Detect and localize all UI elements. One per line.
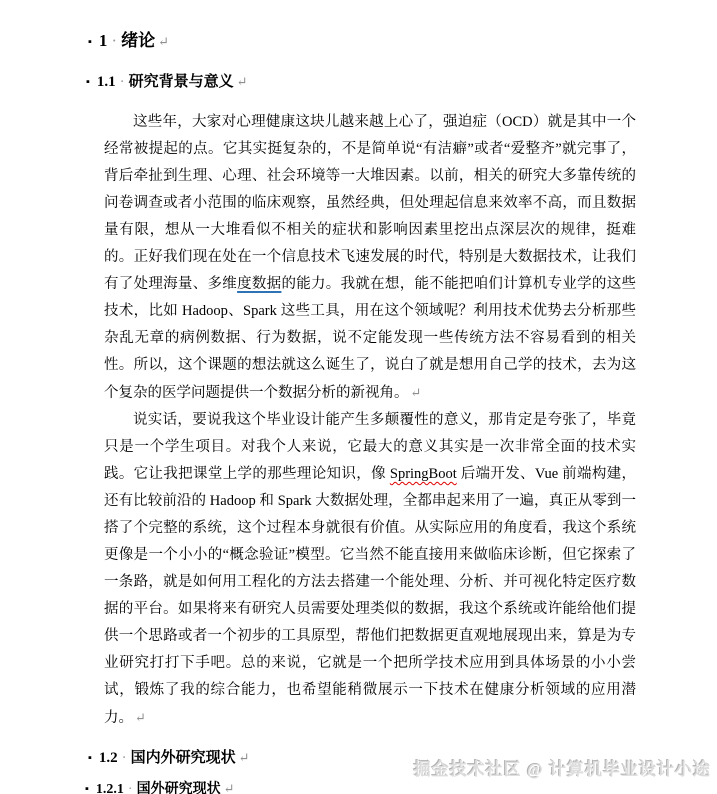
body-paragraphs: 这些年，大家对心理健康这块儿越来越上心了，强迫症（OCD）就是其中一个经常被提起… (104, 109, 636, 732)
text-run: 后端开发、Vue 前端构建，还有比较前沿的 Hadoop 和 Spark 大数据… (104, 466, 636, 726)
heading-1: ▪1·绪论↵ (88, 0, 717, 53)
space-mark-icon: · (116, 74, 129, 90)
paragraph: 这些年，大家对心理健康这块儿越来越上心了，强迫症（OCD）就是其中一个经常被提起… (104, 109, 636, 407)
paragraph-mark-icon: ↵ (133, 710, 146, 725)
text-run: 的能力。我就在想，能不能把咱们计算机专业学的这些技术，比如 Hadoop、Spa… (104, 276, 636, 401)
outline-bullet-icon: ▪ (88, 752, 92, 764)
paragraph-mark-icon: ↵ (236, 750, 250, 765)
grammar-flagged-text: 度数据 (237, 276, 281, 292)
watermark: 掘金技术社区 @ 计算机毕业设计小途 (414, 755, 711, 780)
heading-number: 1.2 (99, 750, 118, 766)
outline-bullet-icon: ▪ (85, 783, 89, 794)
heading-title: 研究背景与意义 (129, 74, 234, 90)
space-mark-icon: · (118, 750, 131, 766)
heading-title: 国内外研究现状 (131, 750, 236, 766)
outline-bullet-icon: ▪ (88, 36, 92, 48)
paragraph-mark-icon: ↵ (221, 781, 235, 794)
outline-bullet-icon: ▪ (86, 76, 90, 88)
document-page: ▪1·绪论↵ ▪1.1·研究背景与意义↵ 这些年，大家对心理健康这块儿越来越上心… (0, 0, 717, 794)
paragraph: 说实话，要说我这个毕业设计能产生多颠覆性的意义，那肯定是夸张了，毕竟只是一个学生… (104, 407, 636, 732)
heading-title: 绪论 (121, 31, 155, 50)
space-mark-icon: · (124, 782, 137, 794)
paragraph-mark-icon: ↵ (234, 74, 248, 89)
heading-1-2-1: ▪1.2.1·国外研究现状↵ (85, 779, 717, 794)
heading-title: 国外研究现状 (137, 782, 221, 794)
text-run: 这些年，大家对心理健康这块儿越来越上心了，强迫症（OCD）就是其中一个经常被提起… (104, 114, 636, 292)
heading-number: 1.2.1 (96, 782, 124, 794)
heading-number: 1.1 (97, 74, 116, 90)
heading-1-1: ▪1.1·研究背景与意义↵ (86, 72, 717, 92)
spellcheck-flagged-text: SpringBoot (390, 466, 457, 482)
paragraph-mark-icon: ↵ (155, 34, 169, 49)
paragraph-mark-icon: ↵ (409, 385, 422, 400)
space-mark-icon: · (107, 31, 121, 50)
